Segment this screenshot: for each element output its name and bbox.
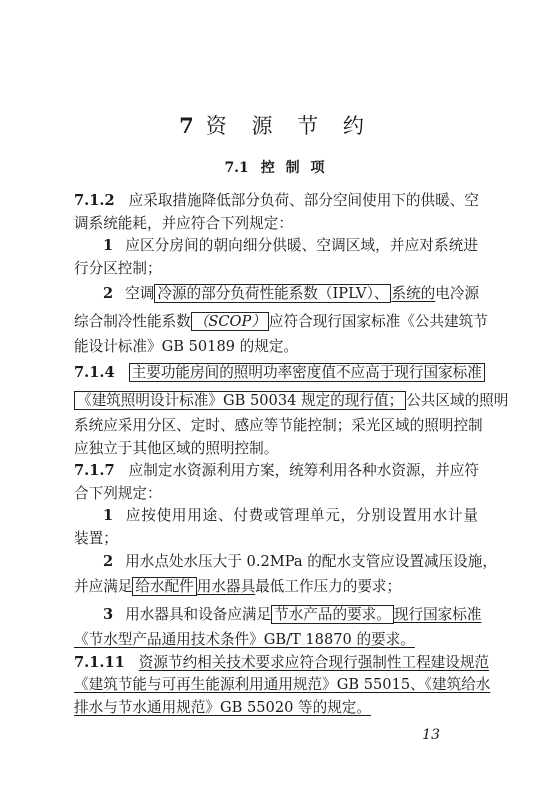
clause-7-1-2: 7.1.2应采取措施降低部分负荷、部分空间使用下的供暖、空 调系统能耗，并应符合… (74, 190, 478, 359)
revision-box: 主要功能房间的照明功率密度值不应高于现行国家标准 (129, 363, 485, 382)
clause-text: 系统应采用分区、定时、感应等节能控制；采光区域的照明控制 (74, 417, 483, 434)
clause-text: 公共区域的照明 (406, 392, 508, 409)
revision-box: 冷源的部分负荷性能系数（IPLV）、 (154, 284, 391, 303)
revision-underline: 资源节约相关技术要求应符合现行强制性工程建设规范 (139, 654, 489, 671)
revision-underline: 用水器具 (197, 578, 255, 595)
section-number: 7.1 (224, 160, 248, 176)
clause-7-1-4: 7.1.4主要功能房间的照明功率密度值不应高于现行国家标准 《建筑照明设计标准》… (74, 359, 478, 460)
item-text: 应按使用用途、付费或管理单元，分别设置用水计量 (125, 507, 478, 524)
clause-text: 合下列规定： (74, 485, 162, 502)
item-text: 用水点处水压大于 0.2MPa 的配水支管应设置减压设施， (125, 553, 497, 570)
item-number: 1 (103, 237, 113, 254)
clause-number: 7.1.7 (74, 462, 115, 479)
section-title-text: 控 制 项 (261, 160, 328, 176)
clause-number: 7.1.11 (74, 654, 125, 671)
item-text: 应区分房间的朝向细分供暖、空调区域，并应对系统进 (125, 237, 478, 254)
item-text: 综合制冷性能系数 (74, 313, 191, 330)
item-text: 行分区控制； (74, 260, 162, 277)
item-text: 电冷源 (435, 285, 479, 302)
clause-text: 应独立于其他区域的照明控制。 (74, 440, 278, 457)
clause-text: 应采取措施降低部分负荷、部分空间使用下的供暖、空 (129, 192, 479, 209)
clause-number: 7.1.4 (74, 364, 115, 381)
item-number: 2 (103, 285, 113, 302)
page-number: 13 (422, 727, 440, 743)
clause-number: 7.1.2 (74, 192, 115, 209)
chapter-title: 7资 源 节 约 (0, 110, 552, 140)
item-number: 1 (103, 507, 113, 524)
revision-underline: 《节水型产品通用技术条件》GB/T 18870 的要求。 (74, 631, 415, 648)
revision-box: 给水配件 (132, 577, 196, 596)
revision-underline: 《建筑节能与可再生能源利用通用规范》GB 55015、《建筑给水 (74, 676, 490, 693)
item-text: 空调 (125, 285, 154, 302)
clause-7-1-11: 7.1.11资源节约相关技术要求应符合现行强制性工程建设规范 《建筑节能与可再生… (74, 652, 478, 720)
revision-box: 节水产品的要求。 (271, 605, 394, 624)
chapter-title-text: 资 源 节 约 (206, 114, 373, 138)
item-text: 装置； (74, 530, 118, 547)
clause-text: 应制定水资源利用方案，统筹利用各种水资源，并应符 (129, 462, 479, 479)
item-number: 3 (103, 606, 113, 623)
revision-box: 《建筑照明设计标准》GB 50034 规定的现行值； (74, 391, 406, 410)
item-text: 用水器具和设备应满足 (125, 606, 271, 623)
chapter-number: 7 (179, 113, 194, 138)
revision-underline: 排水与节水通用规范》GB 55020 等的规定。 (74, 699, 371, 716)
revision-underline: 现行国家标准 (394, 606, 482, 623)
item-text: 应符合现行国家标准《公共建筑节 (269, 313, 488, 330)
document-body: 7.1.2应采取措施降低部分负荷、部分空间使用下的供暖、空 调系统能耗，并应符合… (74, 190, 478, 720)
revision-box: （SCOP） (191, 312, 269, 331)
item-text: 最低工作压力的要求； (255, 578, 401, 595)
item-text: 并应满足 (74, 578, 132, 595)
item-number: 2 (103, 553, 113, 570)
clause-7-1-7: 7.1.7应制定水资源利用方案，统筹利用各种水资源，并应符 合下列规定： 1应按… (74, 460, 478, 652)
section-title: 7.1控 制 项 (0, 157, 552, 177)
clause-text: 调系统能耗，并应符合下列规定： (74, 215, 293, 232)
item-text: 能设计标准》GB 50189 的规定。 (74, 338, 298, 355)
revision-underline: 系统的 (391, 285, 435, 302)
